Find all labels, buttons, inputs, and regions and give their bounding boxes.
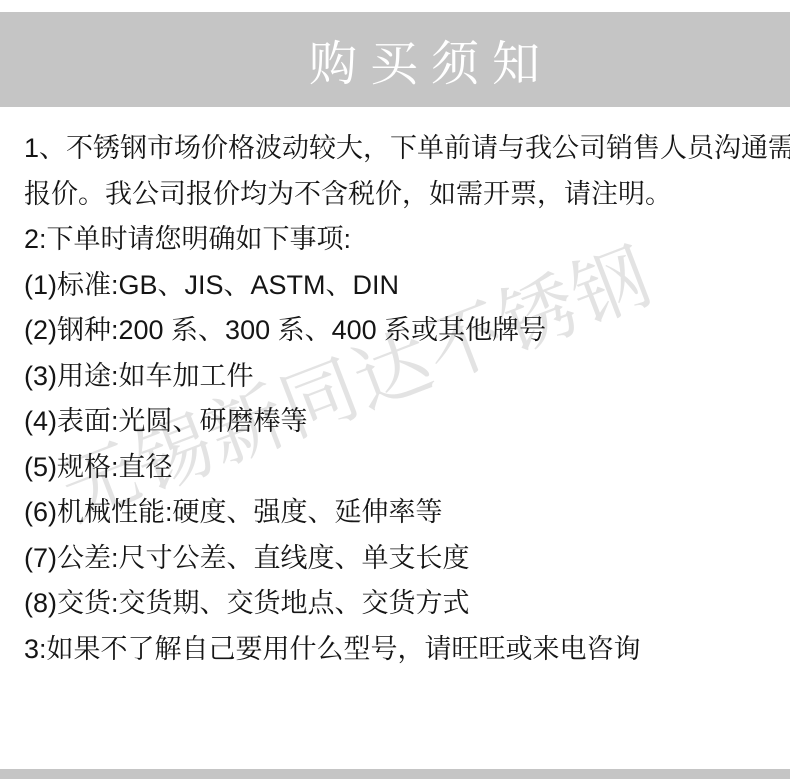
notice-text-block: 1、不锈钢市场价格波动较大，下单前请与我公司销售人员沟通需求与 报价。我公司报价… [24,126,776,672]
notice-line: 2:下单时请您明确如下事项: [24,217,776,263]
page-header-banner: 购买须知 [0,12,790,107]
notice-line: (8)交货:交货期、交货地点、交货方式 [24,581,776,627]
notice-line: (5)规格:直径 [24,445,776,491]
notice-line: 报价。我公司报价均为不含税价，如需开票，请注明。 [24,172,776,218]
page-title: 购买须知 [309,25,553,94]
notice-line: (6)机械性能:硬度、强度、延伸率等 [24,490,776,536]
notice-line: (1)标准:GB、JIS、ASTM、DIN [24,263,776,309]
notice-line: (3)用途:如车加工件 [24,354,776,400]
bottom-divider-strip [0,769,790,779]
purchase-notice-page: 购买须知 无锡新同达不锈钢 1、不锈钢市场价格波动较大，下单前请与我公司销售人员… [0,0,790,779]
notice-line: (2)钢种:200 系、300 系、400 系或其他牌号 [24,308,776,354]
notice-line: 1、不锈钢市场价格波动较大，下单前请与我公司销售人员沟通需求与 [24,126,776,172]
notice-line: (4)表面:光圆、研磨棒等 [24,399,776,445]
notice-line: (7)公差:尺寸公差、直线度、单支长度 [24,536,776,582]
notice-line: 3:如果不了解自己要用什么型号，请旺旺或来电咨询 [24,627,776,673]
